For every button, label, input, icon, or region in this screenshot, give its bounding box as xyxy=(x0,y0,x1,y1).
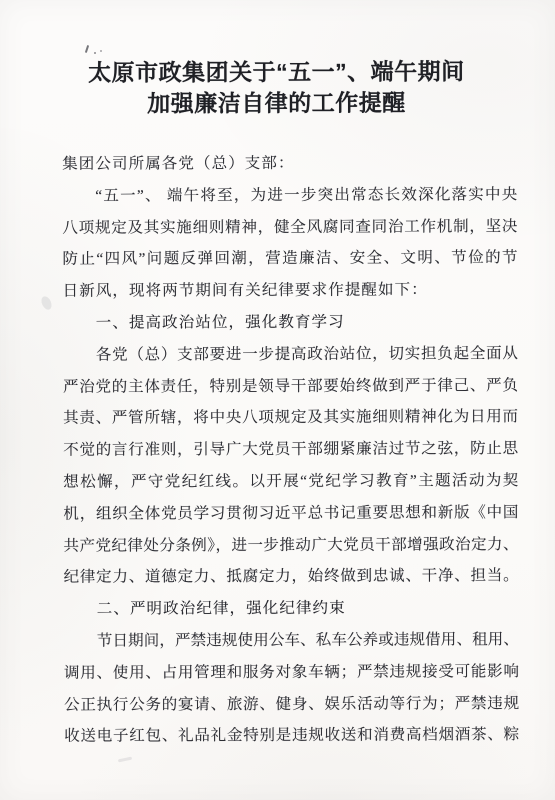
body-line: 各党（总）支部要进一步提高政治站位，切实担负起全面从 xyxy=(63,338,518,371)
body-line: 其责、严管所辖，将中央八项规定及其实施细则精神化为日用而 xyxy=(63,402,518,435)
body-line: 共产党纪律处分条例》，进一步推动广大党员干部增强政治定力、 xyxy=(63,529,518,562)
body-line: “五一”、 端午将至，为进一步突出常态长效深化落实中央 xyxy=(62,179,517,212)
document-title-line-1: 太原市政集团关于“五一”、端午期间 xyxy=(0,56,554,89)
section-heading-2: 二、严明政治纪律，强化纪律约束 xyxy=(64,592,519,625)
body-line: 收送电子红包、礼品礼金特别是违规收送和消费高档烟酒茶、粽 xyxy=(64,720,519,753)
salutation-line: 集团公司所属各党（总）支部： xyxy=(62,147,517,180)
section-heading-1: 一、提高政治站位，强化教育学习 xyxy=(63,306,518,339)
document-title: 太原市政集团关于“五一”、端午期间 加强廉洁自律的工作提醒 xyxy=(0,56,554,120)
body-line: 节日期间，严禁违规使用公车、私车公养或违规借用、租用、 xyxy=(64,624,519,657)
body-line: 八项规定及其实施细则精神，健全风腐同查同治工作机制，坚决 xyxy=(62,211,517,244)
body-line: 想松懈，严守党纪红线。以开展“党纪学习教育”主题活动为契 xyxy=(63,465,518,498)
document-content: 太原市政集团关于“五一”、端午期间 加强廉洁自律的工作提醒 集团公司所属各党（总… xyxy=(0,0,555,800)
scanned-document-page: 太原市政集团关于“五一”、端午期间 加强廉洁自律的工作提醒 集团公司所属各党（总… xyxy=(0,0,555,800)
body-line: 严治党的主体责任，特别是领导干部要始终做到严于律己、严负 xyxy=(63,370,518,403)
body-line: 调用、使用、占用管理和服务对象车辆；严禁违规接受可能影响 xyxy=(64,656,519,689)
body-line: 纪律定力、道德定力、抵腐定力，始终做到忠诚、干净、担当。 xyxy=(64,561,519,594)
body-line: 防止“四风”问题反弹回潮，营造廉洁、安全、文明、节俭的节 xyxy=(62,243,517,276)
body-line: 不觉的言行准则，引导广大党员干部绷紧廉洁过节之弦，防止思 xyxy=(63,433,518,466)
body-line: 公正执行公务的宴请、旅游、健身、娱乐活动等行为；严禁违规 xyxy=(64,688,519,721)
document-title-line-2: 加强廉洁自律的工作提醒 xyxy=(0,87,554,120)
body-line: 日新风，现将两节期间有关纪律要求作提醒如下： xyxy=(63,274,518,307)
document-body: 集团公司所属各党（总）支部： “五一”、 端午将至，为进一步突出常态长效深化落实… xyxy=(62,147,519,753)
body-line: 机，组织全体党员学习贯彻习近平总书记重要思想和新版《中国 xyxy=(63,497,518,530)
